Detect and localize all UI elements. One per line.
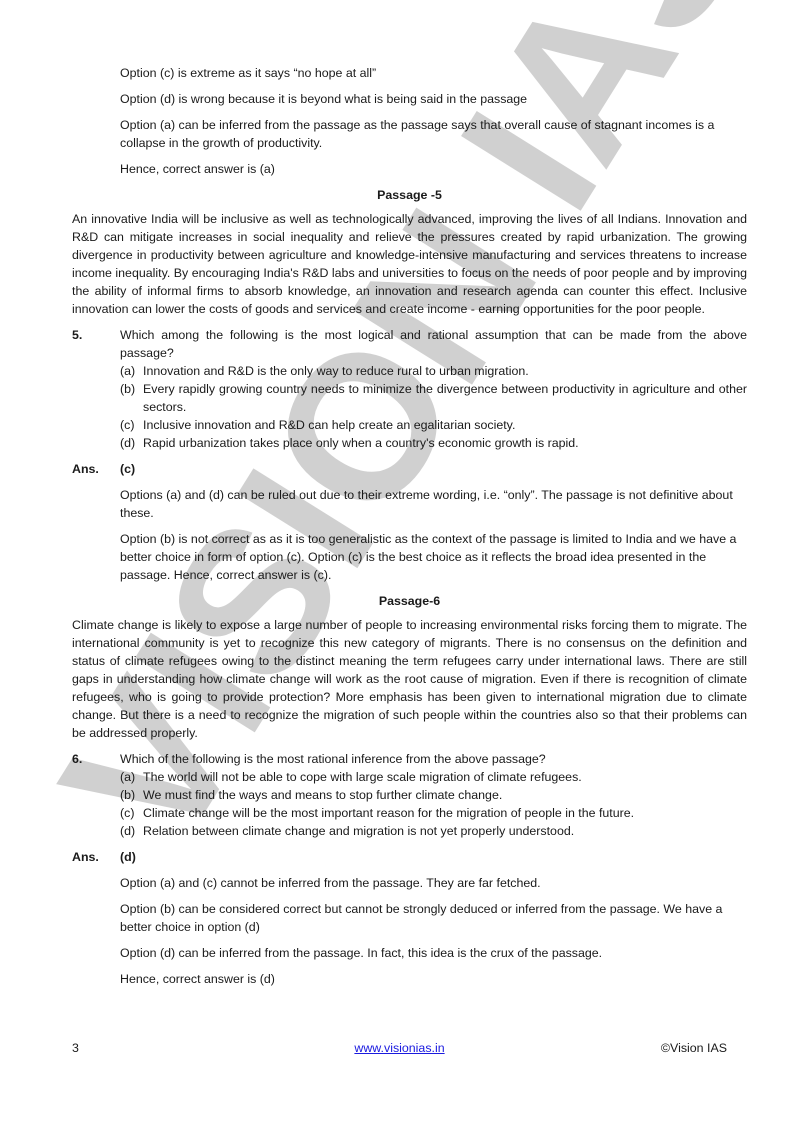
option-label: (c) (120, 416, 143, 434)
option-label: (b) (120, 786, 143, 804)
answer-value: (d) (120, 848, 136, 866)
document-content: Option (c) is extreme as it says “no hop… (72, 64, 747, 996)
answer-label: Ans. (72, 460, 120, 478)
passage-6-text: Climate change is likely to expose a lar… (72, 616, 747, 742)
explanation-line: Option (b) can be considered correct but… (120, 900, 747, 936)
question-6: 6. Which of the following is the most ra… (72, 750, 747, 840)
explanation-line: Hence, correct answer is (d) (120, 970, 747, 988)
question-text: Which of the following is the most ratio… (120, 750, 747, 768)
option-label: (b) (120, 380, 143, 416)
explanation-line: Option (d) can be inferred from the pass… (120, 944, 747, 962)
option-text: Rapid urbanization takes place only when… (143, 434, 747, 452)
option-text: Innovation and R&D is the only way to re… (143, 362, 747, 380)
question-text: Which among the following is the most lo… (120, 326, 747, 362)
answer-label: Ans. (72, 848, 120, 866)
explanation-line: Option (d) is wrong because it is beyond… (120, 90, 747, 108)
option-text: We must find the ways and means to stop … (143, 786, 747, 804)
question-number: 6. (72, 750, 120, 840)
option-text: Inclusive innovation and R&D can help cr… (143, 416, 747, 434)
option-d: (d) Relation between climate change and … (120, 822, 747, 840)
explanation-line: Hence, correct answer is (a) (120, 160, 747, 178)
website-link[interactable]: www.visionias.in (72, 1041, 727, 1055)
option-c: (c) Climate change will be the most impo… (120, 804, 747, 822)
document-page: VISION IAS Option (c) is extreme as it s… (0, 0, 794, 1123)
option-a: (a) The world will not be able to cope w… (120, 768, 747, 786)
option-c: (c) Inclusive innovation and R&D can hel… (120, 416, 747, 434)
answer-5-explanations: Options (a) and (d) can be ruled out due… (120, 486, 747, 584)
previous-answer-explanations: Option (c) is extreme as it says “no hop… (120, 64, 747, 178)
copyright-text: ©Vision IAS (661, 1041, 727, 1055)
option-b: (b) Every rapidly growing country needs … (120, 380, 747, 416)
answer-6: Ans. (d) (72, 848, 747, 866)
explanation-line: Option (b) is not correct as as it is to… (120, 530, 747, 584)
option-d: (d) Rapid urbanization takes place only … (120, 434, 747, 452)
explanation-line: Options (a) and (d) can be ruled out due… (120, 486, 747, 522)
explanation-line: Option (a) and (c) cannot be inferred fr… (120, 874, 747, 892)
option-text: Climate change will be the most importan… (143, 804, 747, 822)
passage-6-heading: Passage-6 (72, 592, 747, 610)
explanation-line: Option (c) is extreme as it says “no hop… (120, 64, 747, 82)
option-b: (b) We must find the ways and means to s… (120, 786, 747, 804)
question-5: 5. Which among the following is the most… (72, 326, 747, 452)
question-number: 5. (72, 326, 120, 452)
passage-5-heading: Passage -5 (72, 186, 747, 204)
option-text: Every rapidly growing country needs to m… (143, 380, 747, 416)
option-text: Relation between climate change and migr… (143, 822, 747, 840)
passage-5-text: An innovative India will be inclusive as… (72, 210, 747, 318)
answer-5: Ans. (c) (72, 460, 747, 478)
option-label: (a) (120, 362, 143, 380)
option-text: The world will not be able to cope with … (143, 768, 747, 786)
option-label: (a) (120, 768, 143, 786)
option-a: (a) Innovation and R&D is the only way t… (120, 362, 747, 380)
option-label: (d) (120, 822, 143, 840)
explanation-line: Option (a) can be inferred from the pass… (120, 116, 747, 152)
answer-value: (c) (120, 460, 135, 478)
option-label: (d) (120, 434, 143, 452)
answer-6-explanations: Option (a) and (c) cannot be inferred fr… (120, 874, 747, 988)
option-label: (c) (120, 804, 143, 822)
